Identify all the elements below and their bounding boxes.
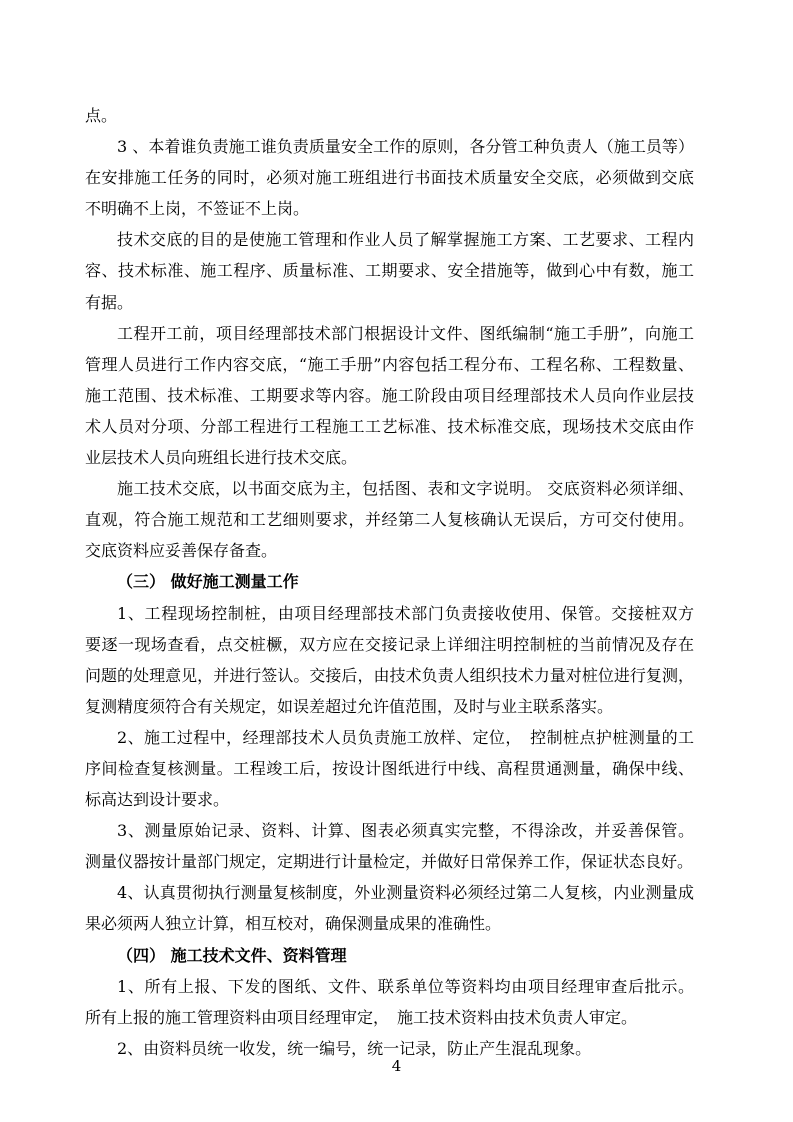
paragraph: 施工技术交底，以书面交底为主，包括图、表和文字说明。 交底资料必须详细、直观，符… — [85, 473, 694, 566]
text-line: 管理人员进行工作内容交底，“施工手册”内容包括工程分布、工程名称、工程数量、 — [85, 349, 694, 380]
section-heading: （四） 施工技术文件、资料管理 — [85, 940, 694, 971]
text-line: 点。 — [85, 100, 694, 131]
text-line: 3、测量原始记录、资料、计算、图表必须真实完整，不得涂改，并妥善保管。 — [85, 815, 694, 846]
text-line: 直观，符合施工规范和工艺细则要求，并经第二人复核确认无误后，方可交付使用。 — [85, 504, 694, 535]
text-line: 有据。 — [85, 287, 694, 318]
paragraph: 1、工程现场控制桩，由项目经理部技术部门负责接收使用、保管。交接桩双方要逐一现场… — [85, 598, 694, 722]
text-line: 1、所有上报、下发的图纸、文件、联系单位等资料均由项目经理审查后批示。 — [85, 971, 694, 1002]
text-line: 施工范围、技术标准、工期要求等内容。施工阶段由项目经理部技术人员向作业层技 — [85, 380, 694, 411]
page-footer: 4 — [0, 1056, 793, 1076]
text-line: 序间检查复核测量。工程竣工后，按设计图纸进行中线、高程贯通测量，确保中线、 — [85, 753, 694, 784]
paragraph: 3 、本着谁负责施工谁负责质量安全工作的原则，各分管工种负责人（施工员等）在安排… — [85, 131, 694, 224]
text-line: 业层技术人员向班组长进行技术交底。 — [85, 442, 694, 473]
text-line: 要逐一现场查看，点交桩橛，双方应在交接记录上详细注明控制桩的当前情况及存在 — [85, 629, 694, 660]
text-line: 4、认真贯彻执行测量复核制度，外业测量资料必须经过第二人复核，内业测量成 — [85, 877, 694, 908]
text-line: 交底资料应妥善保存备查。 — [85, 535, 694, 566]
paragraph: 技术交底的目的是使施工管理和作业人员了解掌握施工方案、工艺要求、工程内容、技术标… — [85, 224, 694, 317]
text-line: 复测精度须符合有关规定，如误差超过允许值范围，及时与业主联系落实。 — [85, 691, 694, 722]
text-line: 3 、本着谁负责施工谁负责质量安全工作的原则，各分管工种负责人（施工员等） — [85, 131, 694, 162]
text-line: 施工技术交底，以书面交底为主，包括图、表和文字说明。 交底资料必须详细、 — [85, 473, 694, 504]
page-number: 4 — [392, 1057, 402, 1075]
text-line: 在安排施工任务的同时，必须对施工班组进行书面技术质量安全交底，必须做到交底 — [85, 162, 694, 193]
text-line: 容、技术标准、施工程序、质量标准、工期要求、安全措施等，做到心中有数，施工 — [85, 255, 694, 286]
text-line: （三） 做好施工测量工作 — [85, 566, 694, 597]
paragraph: 2、施工过程中，经理部技术人员负责施工放样、定位， 控制桩点护桩测量的工序间检查… — [85, 722, 694, 815]
section-heading: （三） 做好施工测量工作 — [85, 566, 694, 597]
paragraph: 工程开工前，项目经理部技术部门根据设计文件、图纸编制“施工手册”，向施工管理人员… — [85, 318, 694, 473]
text-line: 测量仪器按计量部门规定，定期进行计量检定，并做好日常保养工作，保证状态良好。 — [85, 846, 694, 877]
text-line: 2、施工过程中，经理部技术人员负责施工放样、定位， 控制桩点护桩测量的工 — [85, 722, 694, 753]
text-line: 工程开工前，项目经理部技术部门根据设计文件、图纸编制“施工手册”，向施工 — [85, 318, 694, 349]
paragraph: 3、测量原始记录、资料、计算、图表必须真实完整，不得涂改，并妥善保管。测量仪器按… — [85, 815, 694, 877]
document-page: 点。3 、本着谁负责施工谁负责质量安全工作的原则，各分管工种负责人（施工员等）在… — [0, 0, 793, 1122]
text-line: 问题的处理意见，并进行签认。交接后，由技术负责人组织技术力量对桩位进行复测， — [85, 660, 694, 691]
paragraph: 1、所有上报、下发的图纸、文件、联系单位等资料均由项目经理审查后批示。所有上报的… — [85, 971, 694, 1033]
document-body: 点。3 、本着谁负责施工谁负责质量安全工作的原则，各分管工种负责人（施工员等）在… — [85, 100, 694, 1064]
text-line: 不明确不上岗，不签证不上岗。 — [85, 193, 694, 224]
paragraph: 4、认真贯彻执行测量复核制度，外业测量资料必须经过第二人复核，内业测量成果必须两… — [85, 877, 694, 939]
text-line: 技术交底的目的是使施工管理和作业人员了解掌握施工方案、工艺要求、工程内 — [85, 224, 694, 255]
text-line: （四） 施工技术文件、资料管理 — [85, 940, 694, 971]
text-line: 标高达到设计要求。 — [85, 784, 694, 815]
paragraph: 点。 — [85, 100, 694, 131]
text-line: 1、工程现场控制桩，由项目经理部技术部门负责接收使用、保管。交接桩双方 — [85, 598, 694, 629]
text-line: 果必须两人独立计算，相互校对，确保测量成果的准确性。 — [85, 908, 694, 939]
text-line: 术人员对分项、分部工程进行工程施工工艺标准、技术标准交底，现场技术交底由作 — [85, 411, 694, 442]
text-line: 所有上报的施工管理资料由项目经理审定， 施工技术资料由技术负责人审定。 — [85, 1002, 694, 1033]
